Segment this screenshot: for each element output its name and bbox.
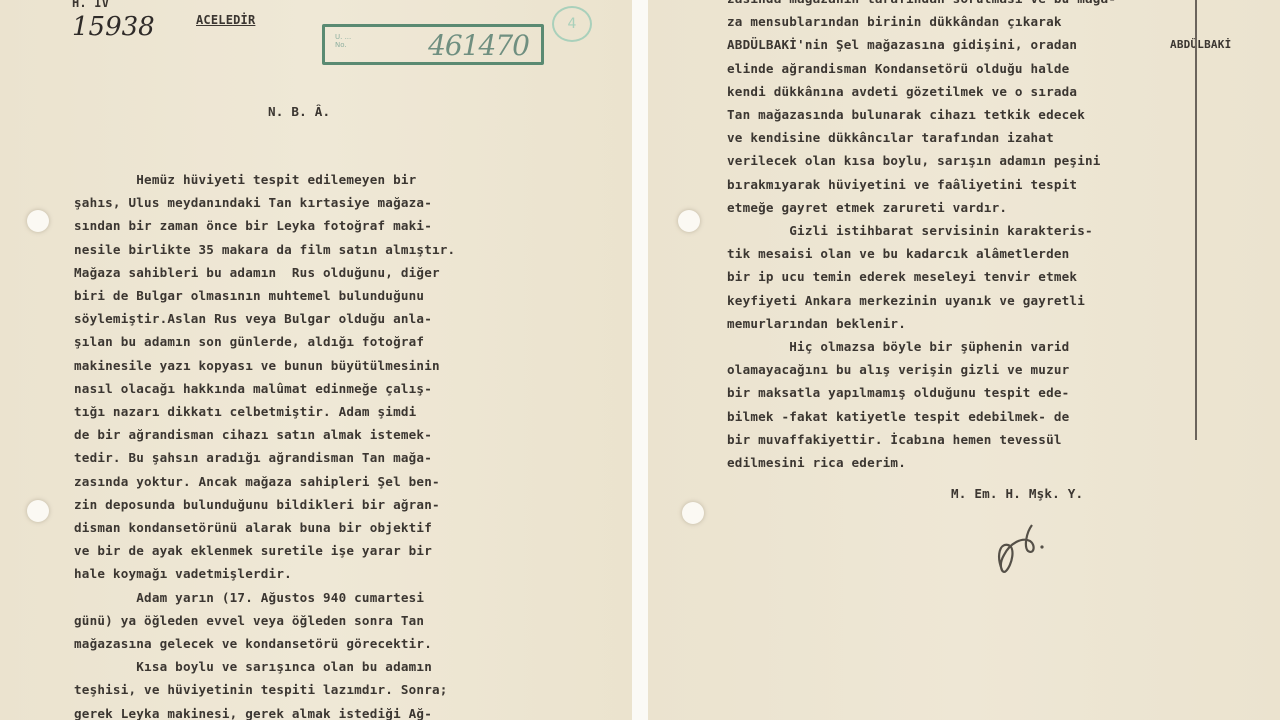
text-line: elinde ağrandisman Kondansetörü olduğu h… bbox=[727, 61, 1069, 76]
text-line: biri de Bulgar olmasının muhtemel bulund… bbox=[74, 288, 424, 303]
text-line: söylemiştir.Aslan Rus veya Bulgar olduğu… bbox=[74, 311, 432, 326]
stamp-small-text: U. ... No. bbox=[335, 33, 351, 49]
text-line: keyfiyeti Ankara merkezinin uyanık ve ga… bbox=[727, 293, 1085, 308]
text-line: zin deposunda bulunduğunu bildikleri bir… bbox=[74, 497, 440, 512]
text-line: şılan bu adamın son günlerde, aldığı fot… bbox=[74, 334, 424, 349]
text-line: olamayacağını bu alış verişin gizli ve m… bbox=[727, 362, 1069, 377]
text-line: edilmesini rica ederim. bbox=[727, 455, 906, 470]
text-line: tığı nazarı dikkatı celbetmiştir. Adam ş… bbox=[74, 404, 416, 419]
text-line: makinesile yazı kopyası ve bunun büyütül… bbox=[74, 358, 440, 373]
text-line: Tan mağazasında bulunarak cihazı tetkik … bbox=[727, 107, 1085, 122]
text-line: Gizli istihbarat servisinin karakteris- bbox=[727, 223, 1093, 238]
text-line: hale koymağı vadetmişlerdir. bbox=[74, 566, 292, 581]
margin-note: ABDÜLBAKİ bbox=[1170, 38, 1231, 51]
text-line: teşhisi, ve hüviyetinin tespiti lazımdır… bbox=[74, 682, 448, 697]
text-line: ve kendisine dükkâncılar tarafından izah… bbox=[727, 130, 1054, 145]
text-line: ve bir de ayak eklenmek suretile işe yar… bbox=[74, 543, 432, 558]
text-line: gerek Leyka makinesi, gerek almak istedi… bbox=[74, 706, 432, 720]
text-line: de bir ağrandisman cihazı satın almak is… bbox=[74, 427, 432, 442]
text-line: Hiç olmazsa böyle bir şüphenin varid bbox=[727, 339, 1069, 354]
circled-page-number: 4 bbox=[552, 6, 592, 42]
document-page-left: H. IV 15938 ACELEDİR U. ... No. 461470 4… bbox=[0, 0, 632, 720]
text-line: tik mesaisi olan ve bu kadarcık alâmetle… bbox=[727, 246, 1069, 261]
stamp-number: 461470 bbox=[428, 29, 529, 62]
text-line: sından bir zaman önce bir Leyka fotoğraf… bbox=[74, 218, 432, 233]
text-line: bir muvaffakiyettir. İcabına hemen teves… bbox=[727, 432, 1062, 447]
text-line: memurlarından beklenir. bbox=[727, 316, 906, 331]
margin-rule bbox=[1195, 0, 1197, 440]
text-line: mağazasına gelecek ve kondansetörü görec… bbox=[74, 636, 432, 651]
text-line: bırakmıyarak hüviyetini ve faâliyetini t… bbox=[727, 177, 1077, 192]
document-title: N. B. Â. bbox=[268, 104, 330, 119]
text-line: etmeğe gayret etmek zarureti vardır. bbox=[727, 200, 1007, 215]
text-line: nasıl olacağı hakkında malûmat edinmeğe … bbox=[74, 381, 432, 396]
punch-hole bbox=[682, 502, 704, 524]
handwritten-number: 15938 bbox=[72, 12, 155, 42]
signoff-initials: M. Em. H. Mşk. Y. bbox=[951, 486, 1083, 501]
text-line: Kısa boylu ve sarışınca olan bu adamın bbox=[74, 659, 432, 674]
classification-label: ACELEDİR bbox=[196, 13, 255, 27]
punch-hole bbox=[27, 210, 49, 232]
text-line: verilecek olan kısa boylu, sarışın adamı… bbox=[727, 153, 1101, 168]
text-line: zasında mağazanın tarafından sorulması v… bbox=[727, 0, 1116, 6]
document-page-right: zasında mağazanın tarafından sorulması v… bbox=[648, 0, 1280, 720]
text-line: kendi dükkânına avdeti gözetilmek ve o s… bbox=[727, 84, 1077, 99]
text-line: disman kondansetörünü alarak buna bir ob… bbox=[74, 520, 432, 535]
text-line: günü) ya öğleden evvel veya öğleden sonr… bbox=[74, 613, 424, 628]
text-line: zasında yoktur. Ancak mağaza sahipleri Ş… bbox=[74, 474, 440, 489]
punch-hole bbox=[678, 210, 700, 232]
page-gutter bbox=[632, 0, 648, 720]
text-line: Mağaza sahibleri bu adamın Rus olduğunu,… bbox=[74, 265, 440, 280]
header-code: H. IV bbox=[72, 0, 109, 10]
text-line: şahıs, Ulus meydanındaki Tan kırtasiye m… bbox=[74, 195, 432, 210]
text-line: nesile birlikte 35 makara da film satın … bbox=[74, 242, 455, 257]
text-line: Hemüz hüviyeti tespit edilemeyen bir bbox=[74, 172, 416, 187]
text-line: Adam yarın (17. Ağustos 940 cumartesi bbox=[74, 590, 424, 605]
text-line: bilmek -fakat katiyetle tespit edebilmek… bbox=[727, 409, 1069, 424]
text-line: bir maksatla yapılmamış olduğunu tespit … bbox=[727, 385, 1069, 400]
text-line: bir ip ucu temin ederek meseleyi tenvir … bbox=[727, 269, 1077, 284]
text-line: za mensublarından birinin dükkândan çıka… bbox=[727, 14, 1062, 29]
signature-mark bbox=[990, 515, 1060, 585]
archive-stamp: U. ... No. 461470 bbox=[322, 24, 544, 65]
text-line: tedir. Bu şahsın aradığı ağrandisman Tan… bbox=[74, 450, 432, 465]
punch-hole bbox=[27, 500, 49, 522]
text-line: ABDÜLBAKİ'nin Şel mağazasına gidişini, o… bbox=[727, 37, 1077, 52]
